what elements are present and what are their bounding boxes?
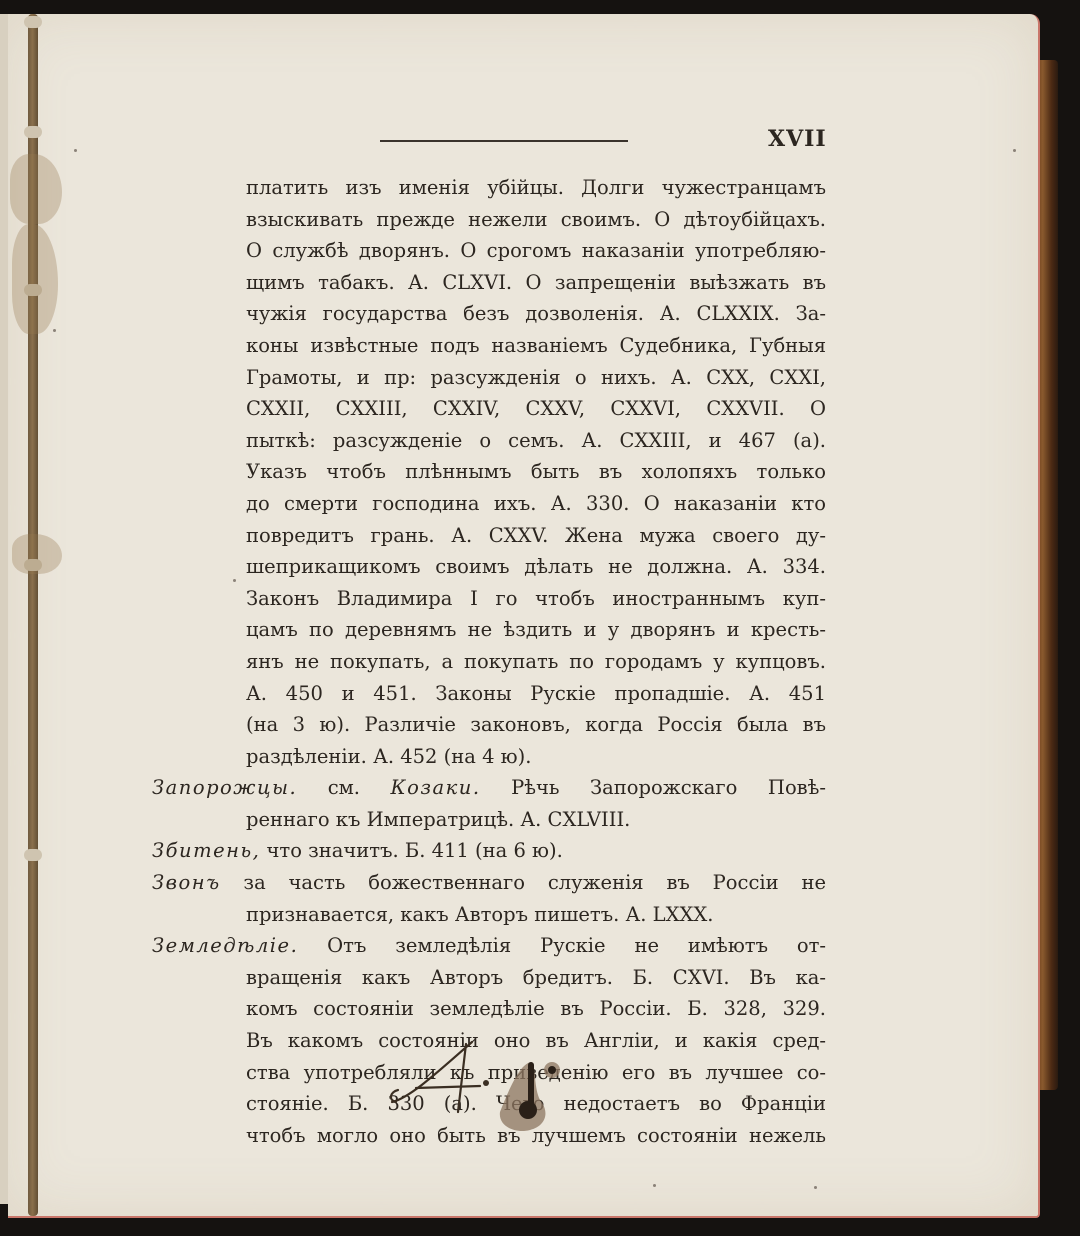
book-scan: XVII платить изъ именiя убiйцы. Долги чу… (0, 0, 1080, 1236)
page-number: XVII (768, 126, 827, 152)
text-line: комъ состоянiи земледѣлiе въ Россiи. Б. … (196, 993, 826, 1025)
text-line: чужiя государства безъ дозволенiя. А. CL… (196, 298, 826, 330)
text-line: цамъ по деревнямъ не ѣздить и у дворянъ … (196, 614, 826, 646)
text-line: повредитъ грань. А. CXXV. Жена мужа свое… (196, 520, 826, 552)
index-entry-zvon: Звонъ за часть божественнаго служенiя въ… (152, 867, 826, 899)
text-line: коны извѣстные подъ названiемъ Судебника… (196, 330, 826, 362)
text-line: реннаго къ Императрицѣ. А. CXLVIII. (196, 804, 826, 836)
text-line: А. 450 и 451. Законы Рускiе пропадшiе. А… (196, 678, 826, 710)
index-text: платить изъ именiя убiйцы. Долги чужестр… (196, 172, 826, 1151)
index-entry-zemledelie: Земледѣлiе. Отъ земледѣлiя Рускiе не имѣ… (152, 930, 826, 962)
thread-knot (24, 16, 42, 28)
water-stain (12, 224, 58, 334)
entry-text: Отъ земледѣлiя Рускiе не имѣютъ от- (298, 934, 826, 957)
index-entry-zbiten: Збитень, что значитъ. Б. 411 (на 6 ю). (152, 835, 826, 867)
handwritten-shelfmark-icon (380, 1030, 560, 1140)
water-stain (10, 154, 62, 224)
entry-text: Рѣчь Запорожскаго Повѣ- (481, 776, 826, 799)
text-line: раздѣленiи. А. 452 (на 4 ю). (196, 741, 826, 773)
text-line: щимъ табакъ. А. CLXVI. О запрещенiи выѣз… (196, 267, 826, 299)
text-line: шеприкащикомъ своимъ дѣлать не должна. А… (196, 551, 826, 583)
text-line: Законъ Владимира I го чтобъ иностраннымъ… (196, 583, 826, 615)
thread-knot (24, 849, 42, 861)
text-line: О службѣ дворянъ. О срогомъ наказанiи уп… (196, 235, 826, 267)
text-line: вращенiя какъ Авторъ бредитъ. Б. CXVI. В… (196, 962, 826, 994)
entry-heading: Запорожцы. (152, 776, 297, 799)
text-line: платить изъ именiя убiйцы. Долги чужестр… (196, 172, 826, 204)
text-line: Указъ чтобъ плѣннымъ быть въ холопяхъ то… (196, 456, 826, 488)
text-line: признавается, какъ Авторъ пишетъ. А. LXX… (196, 899, 826, 931)
text-line: пыткѣ: разсужденiе о семъ. А. CXXIII, и … (196, 425, 826, 457)
text-line: янъ не покупать, а покупать по городамъ … (196, 646, 826, 678)
text-line: взыскивать прежде нежели своимъ. О дѣтоу… (196, 204, 826, 236)
index-entry-zaporozhtsy: Запорожцы. см. Козаки. Рѣчь Запорожскаго… (152, 772, 826, 804)
header-rule (380, 140, 628, 142)
entry-heading: Земледѣлiе. (152, 934, 298, 957)
entry-heading: Звонъ (152, 871, 221, 894)
text-line: Грамоты, и пр: разсужденiя о нихъ. А. CX… (196, 362, 826, 394)
text-line: (на 3 ю). Различiе законовъ, когда Россi… (196, 709, 826, 741)
entry-text: см. (297, 776, 390, 799)
cross-reference: Козаки. (391, 776, 481, 799)
text-line: до смерти господина ихъ. А. 330. О наказ… (196, 488, 826, 520)
thread-knot (24, 126, 42, 138)
entry-text: за часть божественнаго служенiя въ Россi… (221, 871, 826, 894)
entry-text: что значитъ. Б. 411 (на 6 ю). (260, 839, 563, 862)
water-stain (12, 534, 62, 574)
text-line: CXXII, CXXIII, CXXIV, CXXV, CXXVI, CXXVI… (196, 393, 826, 425)
entry-heading: Збитень, (152, 839, 260, 862)
